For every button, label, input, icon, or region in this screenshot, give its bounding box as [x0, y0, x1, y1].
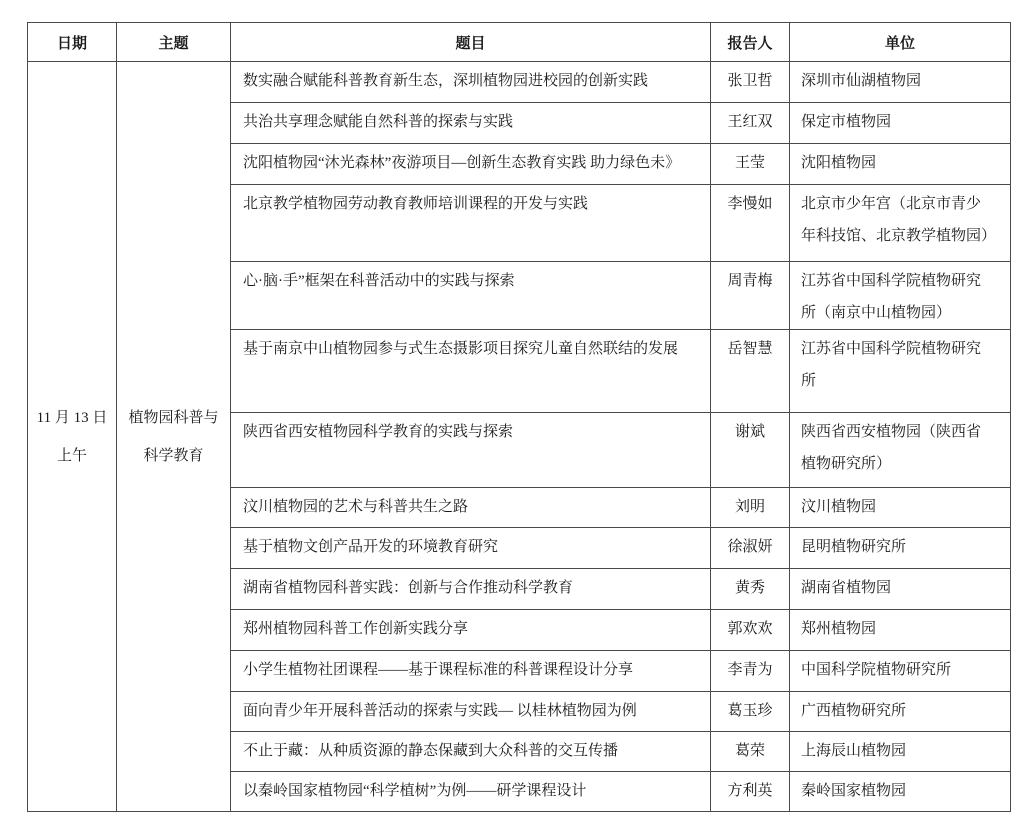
organization: 湖南省植物园 [790, 569, 1011, 610]
presenter-name: 方利英 [711, 772, 790, 812]
date-line-1: 11 月 13 日 [32, 399, 112, 437]
presenter-name: 周青梅 [711, 262, 790, 330]
talk-title: 共治共享理念赋能自然科普的探索与实践 [231, 103, 711, 144]
talk-title: 面向青少年开展科普活动的探索与实践— 以桂林植物园为例 [231, 692, 711, 732]
presenter-name: 李慢如 [711, 185, 790, 262]
organization: 郑州植物园 [790, 610, 1011, 651]
organization: 陕西省西安植物园（陕西省植物研究所） [790, 413, 1011, 488]
organization: 中国科学院植物研究所 [790, 651, 1011, 692]
talk-title: 基于南京中山植物园参与式生态摄影项目探究儿童自然联结的发展 [231, 330, 711, 413]
header-org: 单位 [790, 23, 1011, 62]
header-row: 日期 主题 题目 报告人 单位 [28, 23, 1011, 62]
talk-title: 以秦岭国家植物园“科学植树”为例——研学课程设计 [231, 772, 711, 812]
schedule-table: 日期 主题 题目 报告人 单位 11 月 13 日 上午 植物园科普与 科学教育… [27, 22, 1011, 812]
talk-title: 汶川植物园的艺术与科普共生之路 [231, 488, 711, 528]
presenter-name: 葛玉珍 [711, 692, 790, 732]
presenter-name: 岳智慧 [711, 330, 790, 413]
organization: 昆明植物研究所 [790, 528, 1011, 569]
date-line-2: 上午 [32, 437, 112, 475]
talk-title: 不止于藏：从种质资源的静态保藏到大众科普的交互传播 [231, 732, 711, 772]
talk-title: 湖南省植物园科普实践：创新与合作推动科学教育 [231, 569, 711, 610]
talk-title: 数实融合赋能科普教育新生态，深圳植物园进校园的创新实践 [231, 62, 711, 103]
talk-title: 陕西省西安植物园科学教育的实践与探索 [231, 413, 711, 488]
organization: 深圳市仙湖植物园 [790, 62, 1011, 103]
talk-title: 郑州植物园科普工作创新实践分享 [231, 610, 711, 651]
theme-cell: 植物园科普与 科学教育 [117, 62, 231, 812]
header-title: 题目 [231, 23, 711, 62]
document-page: 日期 主题 题目 报告人 单位 11 月 13 日 上午 植物园科普与 科学教育… [0, 0, 1027, 822]
talk-title: 北京教学植物园劳动教育教师培训课程的开发与实践 [231, 185, 711, 262]
talk-title: 小学生植物社团课程——基于课程标准的科普课程设计分享 [231, 651, 711, 692]
presenter-name: 张卫哲 [711, 62, 790, 103]
presenter-name: 李青为 [711, 651, 790, 692]
organization: 保定市植物园 [790, 103, 1011, 144]
talk-title: 心·脑·手”框架在科普活动中的实践与探索 [231, 262, 711, 330]
organization: 江苏省中国科学院植物研究所（南京中山植物园） [790, 262, 1011, 330]
presenter-name: 刘明 [711, 488, 790, 528]
presenter-name: 王红双 [711, 103, 790, 144]
organization: 沈阳植物园 [790, 144, 1011, 185]
header-theme: 主题 [117, 23, 231, 62]
presenter-name: 葛荣 [711, 732, 790, 772]
header-presenter: 报告人 [711, 23, 790, 62]
presenter-name: 王莹 [711, 144, 790, 185]
theme-line-2: 科学教育 [121, 437, 226, 475]
organization: 上海辰山植物园 [790, 732, 1011, 772]
talk-title: 基于植物文创产品开发的环境教育研究 [231, 528, 711, 569]
table-body: 11 月 13 日 上午 植物园科普与 科学教育 数实融合赋能科普教育新生态，深… [28, 62, 1011, 812]
organization: 秦岭国家植物园 [790, 772, 1011, 812]
organization: 北京市少年宫（北京市青少年科技馆、北京教学植物园） [790, 185, 1011, 262]
presenter-name: 谢斌 [711, 413, 790, 488]
organization: 广西植物研究所 [790, 692, 1011, 732]
organization: 汶川植物园 [790, 488, 1011, 528]
header-date: 日期 [28, 23, 117, 62]
table-row: 11 月 13 日 上午 植物园科普与 科学教育 数实融合赋能科普教育新生态，深… [28, 62, 1011, 103]
organization: 江苏省中国科学院植物研究所 [790, 330, 1011, 413]
theme-line-1: 植物园科普与 [121, 399, 226, 437]
table-header: 日期 主题 题目 报告人 单位 [28, 23, 1011, 62]
talk-title: 沈阳植物园“沐光森林”夜游项目—创新生态教育实践 助力绿色未》 [231, 144, 711, 185]
presenter-name: 徐淑妍 [711, 528, 790, 569]
date-cell: 11 月 13 日 上午 [28, 62, 117, 812]
presenter-name: 黄秀 [711, 569, 790, 610]
presenter-name: 郭欢欢 [711, 610, 790, 651]
